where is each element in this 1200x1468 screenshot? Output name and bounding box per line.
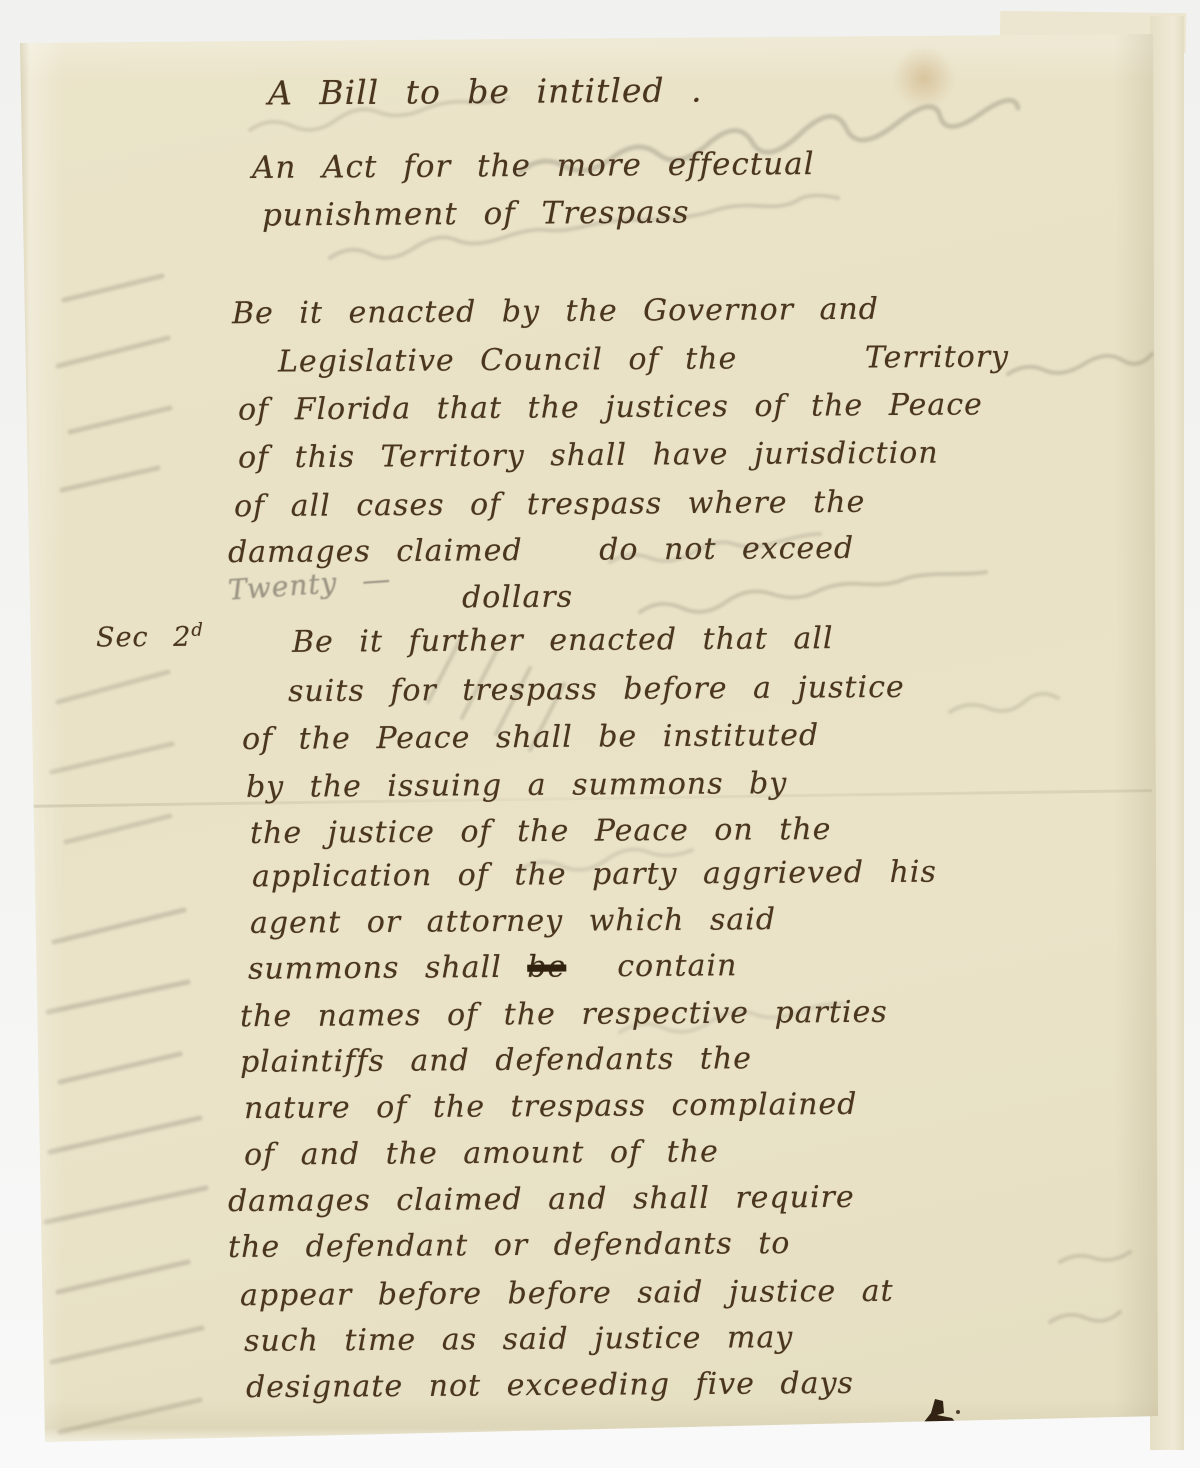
manuscript-line: plaintiffs and defendants the <box>240 1041 752 1080</box>
manuscript-line: of all cases of trespass where the <box>234 485 865 524</box>
act-heading-line-2: punishment of Trespass <box>262 195 690 234</box>
section-2-label: Sec 2d <box>96 620 204 654</box>
manuscript-line: the justice of the Peace on the <box>250 812 832 851</box>
manuscript-line: the names of the respective parties <box>240 995 888 1035</box>
bill-title-line: A Bill to be intitled . <box>268 70 703 112</box>
section-label-text: Sec 2 <box>96 622 192 654</box>
document-scan: A Bill to be intitled . An Act for the m… <box>0 0 1200 1468</box>
ink-blot <box>922 1398 970 1450</box>
manuscript-line: damages claimed and shall require <box>228 1180 855 1219</box>
manuscript-line: dollars <box>462 580 573 616</box>
paper-stain <box>893 46 955 110</box>
section-label-suffix: d <box>191 620 204 641</box>
manuscript-line: Be it further enacted that all <box>292 621 834 660</box>
manuscript-page: A Bill to be intitled . An Act for the m… <box>0 0 1200 1468</box>
manuscript-line: agent or attorney which said <box>250 902 776 941</box>
manuscript-line: the defendant or defendants to <box>228 1226 791 1265</box>
manuscript-line: application of the party aggrieved his <box>252 855 937 895</box>
manuscript-line: such time as said justice may <box>244 1320 793 1359</box>
manuscript-line: damages claimed do not exceed <box>228 531 854 570</box>
manuscript-line: designate not exceeding five days <box>246 1366 854 1405</box>
line-text: contain <box>566 948 737 984</box>
manuscript-line: suits for trespass before a justice <box>288 670 905 709</box>
manuscript-line: of and the amount of the <box>244 1134 719 1172</box>
line-text: summons shall <box>248 950 528 987</box>
manuscript-line: of the Peace shall be instituted <box>242 718 819 757</box>
manuscript-line-with-strikeout: summons shall be contain <box>248 948 738 986</box>
manuscript-line: of Florida that the justices of the Peac… <box>238 387 983 427</box>
manuscript-line: of this Territory shall have jurisdictio… <box>238 436 939 476</box>
manuscript-line: Be it enacted by the Governor and <box>232 292 879 332</box>
manuscript-line: by the issuing a summons by <box>246 766 787 805</box>
act-heading-line-1: An Act for the more effectual <box>252 146 815 186</box>
manuscript-line: nature of the trespass complained <box>244 1087 858 1126</box>
struck-out-word: be <box>527 949 566 984</box>
manuscript-line: appear before before said justice at <box>240 1274 894 1314</box>
manuscript-line: Legislative Council of the Territory <box>278 339 1009 379</box>
